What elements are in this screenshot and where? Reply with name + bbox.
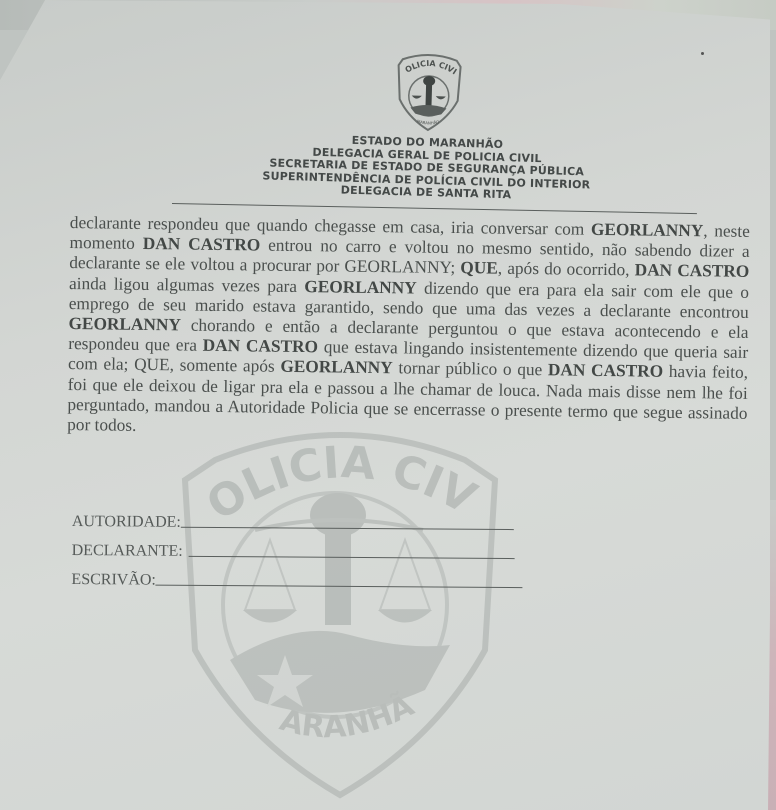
emphasized-text: GEORLANNY xyxy=(68,314,181,334)
signature-block: AUTORIDADE: DECLARANTE: ESCRIVÃO: xyxy=(71,502,523,592)
emphasized-text: DAN CASTRO xyxy=(548,361,663,382)
signature-label: AUTORIDADE: xyxy=(72,513,181,532)
signature-label: DECLARANTE: xyxy=(72,542,183,561)
emphasized-text: QUE xyxy=(460,259,498,278)
emphasized-text: GEORLANNY xyxy=(280,357,393,377)
body-text-run: ainda ligou algumas vezes para xyxy=(69,274,305,296)
signature-line-autoridade[interactable]: AUTORIDADE: xyxy=(72,502,524,534)
policia-civil-watermark-icon: POLICIA CIVIL MARANHÃO xyxy=(175,420,505,800)
document-header: POLICIA CIVIL MARANHÃO ESTADO DO MARANHÃ… xyxy=(236,47,620,205)
paper-speck xyxy=(701,52,704,55)
body-text-run: tornar público o que xyxy=(393,359,549,380)
emphasized-text: DAN CASTRO xyxy=(635,261,750,281)
document-page: POLICIA CIVIL MARANHÃO POLICIA CIVIL MAR… xyxy=(0,0,770,810)
emphasized-text: DAN CASTRO xyxy=(203,336,319,357)
signature-field[interactable] xyxy=(189,555,515,559)
testimony-body: declarante respondeu que quando chegasse… xyxy=(67,213,750,444)
testimony-paragraph: declarante respondeu que quando chegasse… xyxy=(67,213,750,444)
body-text-run: , após do ocorrido, xyxy=(498,259,635,280)
signature-line-escrivao[interactable]: ESCRIVÃO: xyxy=(71,560,523,592)
signature-label: ESCRIVÃO: xyxy=(71,571,156,590)
emphasized-text: GEORLANNY xyxy=(304,277,417,297)
signature-line-declarante[interactable]: DECLARANTE: xyxy=(72,531,524,563)
emphasized-text: GEORLANNY xyxy=(591,220,704,240)
signature-field[interactable] xyxy=(181,526,514,530)
emphasized-text: DAN CASTRO xyxy=(143,234,261,255)
signature-field[interactable] xyxy=(156,584,523,589)
header-divider xyxy=(172,203,697,214)
policia-civil-badge-icon: POLICIA CIVIL MARANHÃO xyxy=(393,51,465,133)
